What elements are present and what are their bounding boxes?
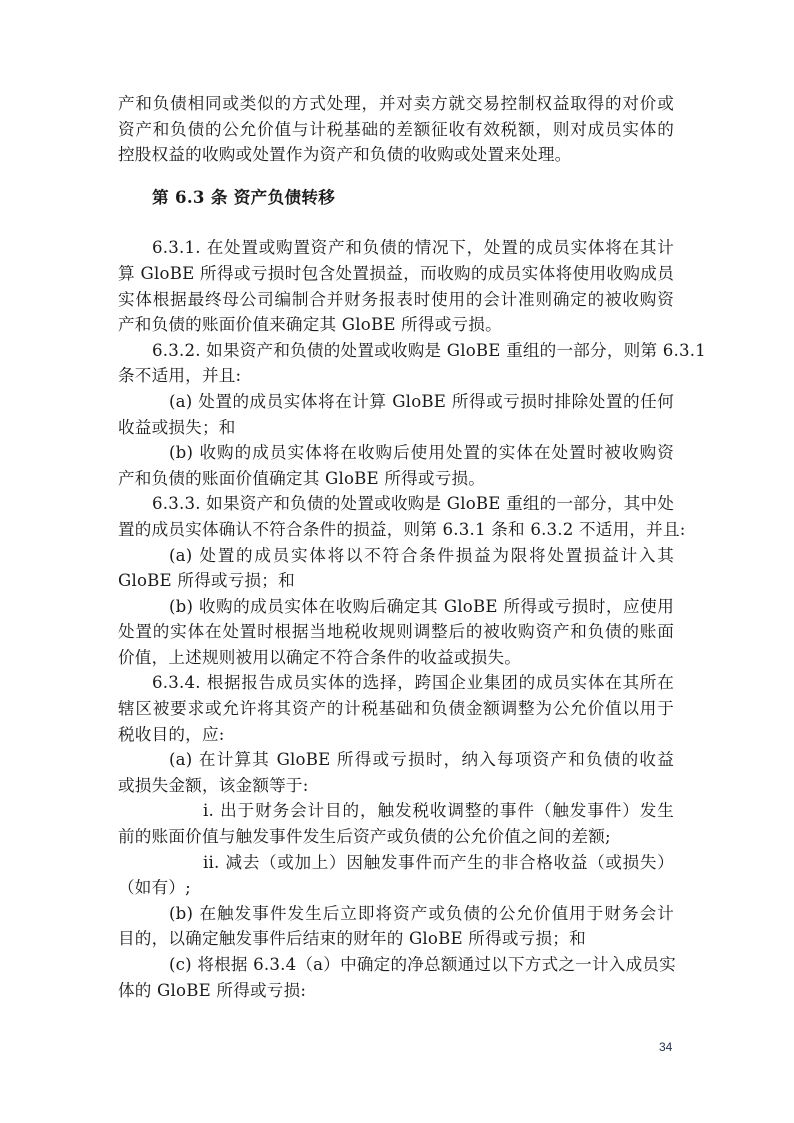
text-line: （如有）;	[118, 875, 674, 901]
text-line: ii. 减去（或加上）因触发事件而产生的非合格收益（或损失）	[118, 850, 674, 876]
text-line: 6.3.4. 根据报告成员实体的选择，跨国企业集团的成员实体在其所在	[118, 670, 674, 696]
text-line: (b) 在触发事件发生后立即将资产或负债的公允价值用于财务会计	[118, 901, 674, 927]
text-line: 算 GloBE 所得或亏损时包含处置损益，而收购的成员实体将使用收购成员	[118, 261, 674, 287]
text-line: 产和负债的账面价值来确定其 GloBE 所得或亏损。	[118, 312, 674, 338]
paragraph-6-3-2: 6.3.2. 如果资产和负债的处置或收购是 GloBE 重组的一部分，则第 6.…	[118, 338, 674, 389]
text-line: 辖区被要求或允许将其资产的计税基础和负债金额调整为公允价值以用于	[118, 696, 674, 722]
clause-6-3-3-b: (b) 收购的成员实体在收购后确定其 GloBE 所得或亏损时，应使用 处置的实…	[118, 594, 674, 671]
clause-6-3-2-a: (a) 处置的成员实体将在计算 GloBE 所得或亏损时排除处置的任何 收益或损…	[118, 389, 674, 440]
text-line: (a) 处置的成员实体将在计算 GloBE 所得或亏损时排除处置的任何	[118, 389, 674, 415]
text-line: 6.3.3. 如果资产和负债的处置或收购是 GloBE 重组的一部分，其中处	[118, 491, 674, 517]
document-page: 产和负债相同或类似的方式处理，并对卖方就交易控制权益取得的对价或 资产和负债的公…	[0, 0, 794, 1123]
text-line: 产和负债相同或类似的方式处理，并对卖方就交易控制权益取得的对价或	[118, 91, 674, 117]
clause-6-3-4-c: (c) 将根据 6.3.4（a）中确定的净总额通过以下方式之一计入成员实 体的 …	[118, 952, 674, 1003]
text-line: 价值，上述规则被用以确定不符合条件的收益或损失。	[118, 645, 674, 671]
paragraph-6-3-3: 6.3.3. 如果资产和负债的处置或收购是 GloBE 重组的一部分，其中处 置…	[118, 491, 674, 542]
paragraph-6-3-4: 6.3.4. 根据报告成员实体的选择，跨国企业集团的成员实体在其所在 辖区被要求…	[118, 670, 674, 747]
text-line: 6.3.2. 如果资产和负债的处置或收购是 GloBE 重组的一部分，则第 6.…	[118, 338, 674, 364]
clause-6-3-3-a: (a) 处置的成员实体将以不符合条件损益为限将处置损益计入其 GloBE 所得或…	[118, 543, 674, 594]
text-line: 处置的实体在处置时根据当地税收规则调整后的被收购资产和负债的账面	[118, 619, 674, 645]
text-line: 收益或损失；和	[118, 415, 674, 441]
text-line: 条不适用，并且:	[118, 363, 674, 389]
paragraph-6-3-1: 6.3.1. 在处置或购置资产和负债的情况下，处置的成员实体将在其计 算 Glo…	[118, 235, 674, 337]
intro-paragraph: 产和负债相同或类似的方式处理，并对卖方就交易控制权益取得的对价或 资产和负债的公…	[118, 91, 674, 168]
text-line: 实体根据最终母公司编制合并财务报表时使用的会计准则确定的被收购资	[118, 287, 674, 313]
page-number: 34	[659, 1040, 672, 1054]
text-line: 或损失金额，该金额等于:	[118, 773, 674, 799]
clause-6-3-4-a-ii: ii. 减去（或加上）因触发事件而产生的非合格收益（或损失） （如有）;	[118, 850, 674, 901]
document-body: 产和负债相同或类似的方式处理，并对卖方就交易控制权益取得的对价或 资产和负债的公…	[118, 91, 674, 1003]
text-line: (a) 在计算其 GloBE 所得或亏损时，纳入每项资产和负债的收益	[118, 747, 674, 773]
text-line: 前的账面价值与触发事件发生后资产或负债的公允价值之间的差额;	[118, 824, 674, 850]
clause-6-3-2-b: (b) 收购的成员实体将在收购后使用处置的实体在处置时被收购资 产和负债的账面价…	[118, 440, 674, 491]
clause-6-3-4-a: (a) 在计算其 GloBE 所得或亏损时，纳入每项资产和负债的收益 或损失金额…	[118, 747, 674, 798]
section-heading: 第 6.3 条 资产负债转移	[118, 185, 674, 211]
text-line: i. 出于财务会计目的，触发税收调整的事件（触发事件）发生	[118, 798, 674, 824]
text-line: 税收目的，应:	[118, 722, 674, 748]
text-line: 6.3.1. 在处置或购置资产和负债的情况下，处置的成员实体将在其计	[118, 235, 674, 261]
text-line: (a) 处置的成员实体将以不符合条件损益为限将处置损益计入其	[118, 543, 674, 569]
text-line: 体的 GloBE 所得或亏损:	[118, 978, 674, 1004]
text-line: 资产和负债的公允价值与计税基础的差额征收有效税额，则对成员实体的	[118, 117, 674, 143]
text-line: 控股权益的收购或处置作为资产和负债的收购或处置来处理。	[118, 142, 674, 168]
text-line: 置的成员实体确认不符合条件的损益，则第 6.3.1 条和 6.3.2 不适用，并…	[118, 517, 674, 543]
text-line: 目的，以确定触发事件后结束的财年的 GloBE 所得或亏损；和	[118, 926, 674, 952]
text-line: 产和负债的账面价值确定其 GloBE 所得或亏损。	[118, 466, 674, 492]
clause-6-3-4-b: (b) 在触发事件发生后立即将资产或负债的公允价值用于财务会计 目的，以确定触发…	[118, 901, 674, 952]
text-line: GloBE 所得或亏损；和	[118, 568, 674, 594]
text-line: (b) 收购的成员实体将在收购后使用处置的实体在处置时被收购资	[118, 440, 674, 466]
clause-6-3-4-a-i: i. 出于财务会计目的，触发税收调整的事件（触发事件）发生 前的账面价值与触发事…	[118, 798, 674, 849]
text-line: (b) 收购的成员实体在收购后确定其 GloBE 所得或亏损时，应使用	[118, 594, 674, 620]
text-line: (c) 将根据 6.3.4（a）中确定的净总额通过以下方式之一计入成员实	[118, 952, 674, 978]
